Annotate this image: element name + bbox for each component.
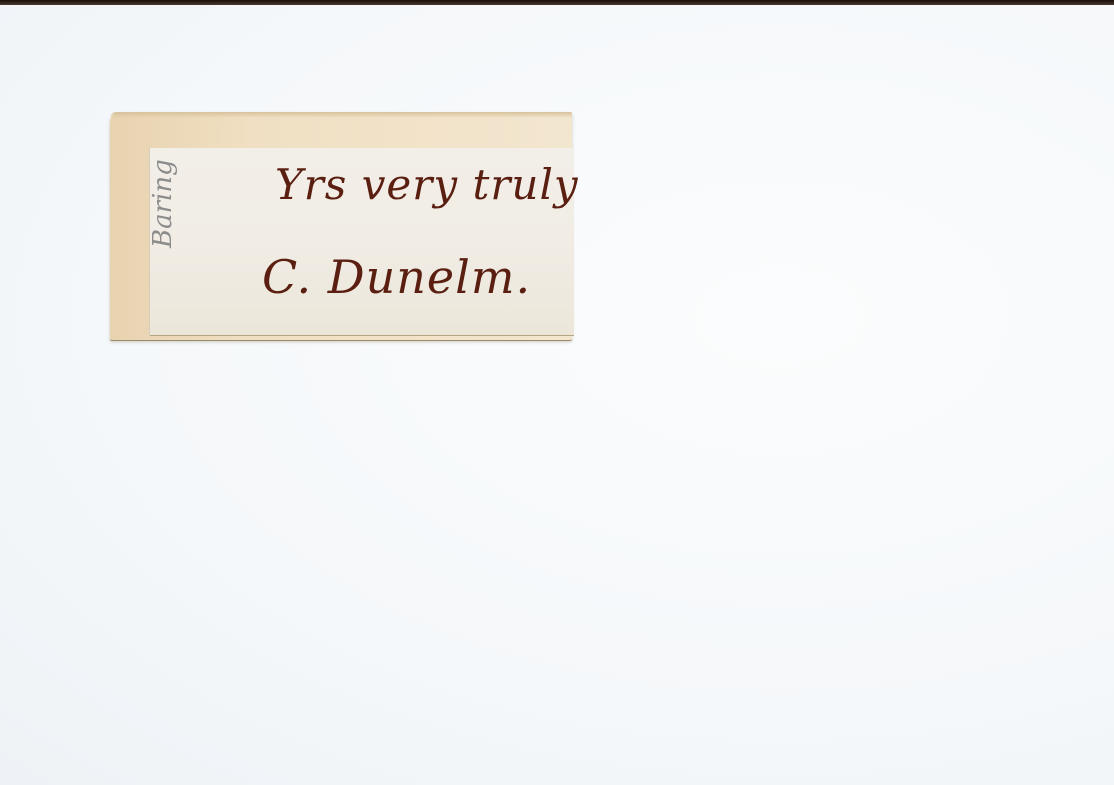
handwritten-closing: Yrs very truly (275, 160, 579, 209)
pencil-annotation: Baring (148, 159, 178, 248)
handwritten-signature: C. Dunelm. (262, 250, 531, 304)
